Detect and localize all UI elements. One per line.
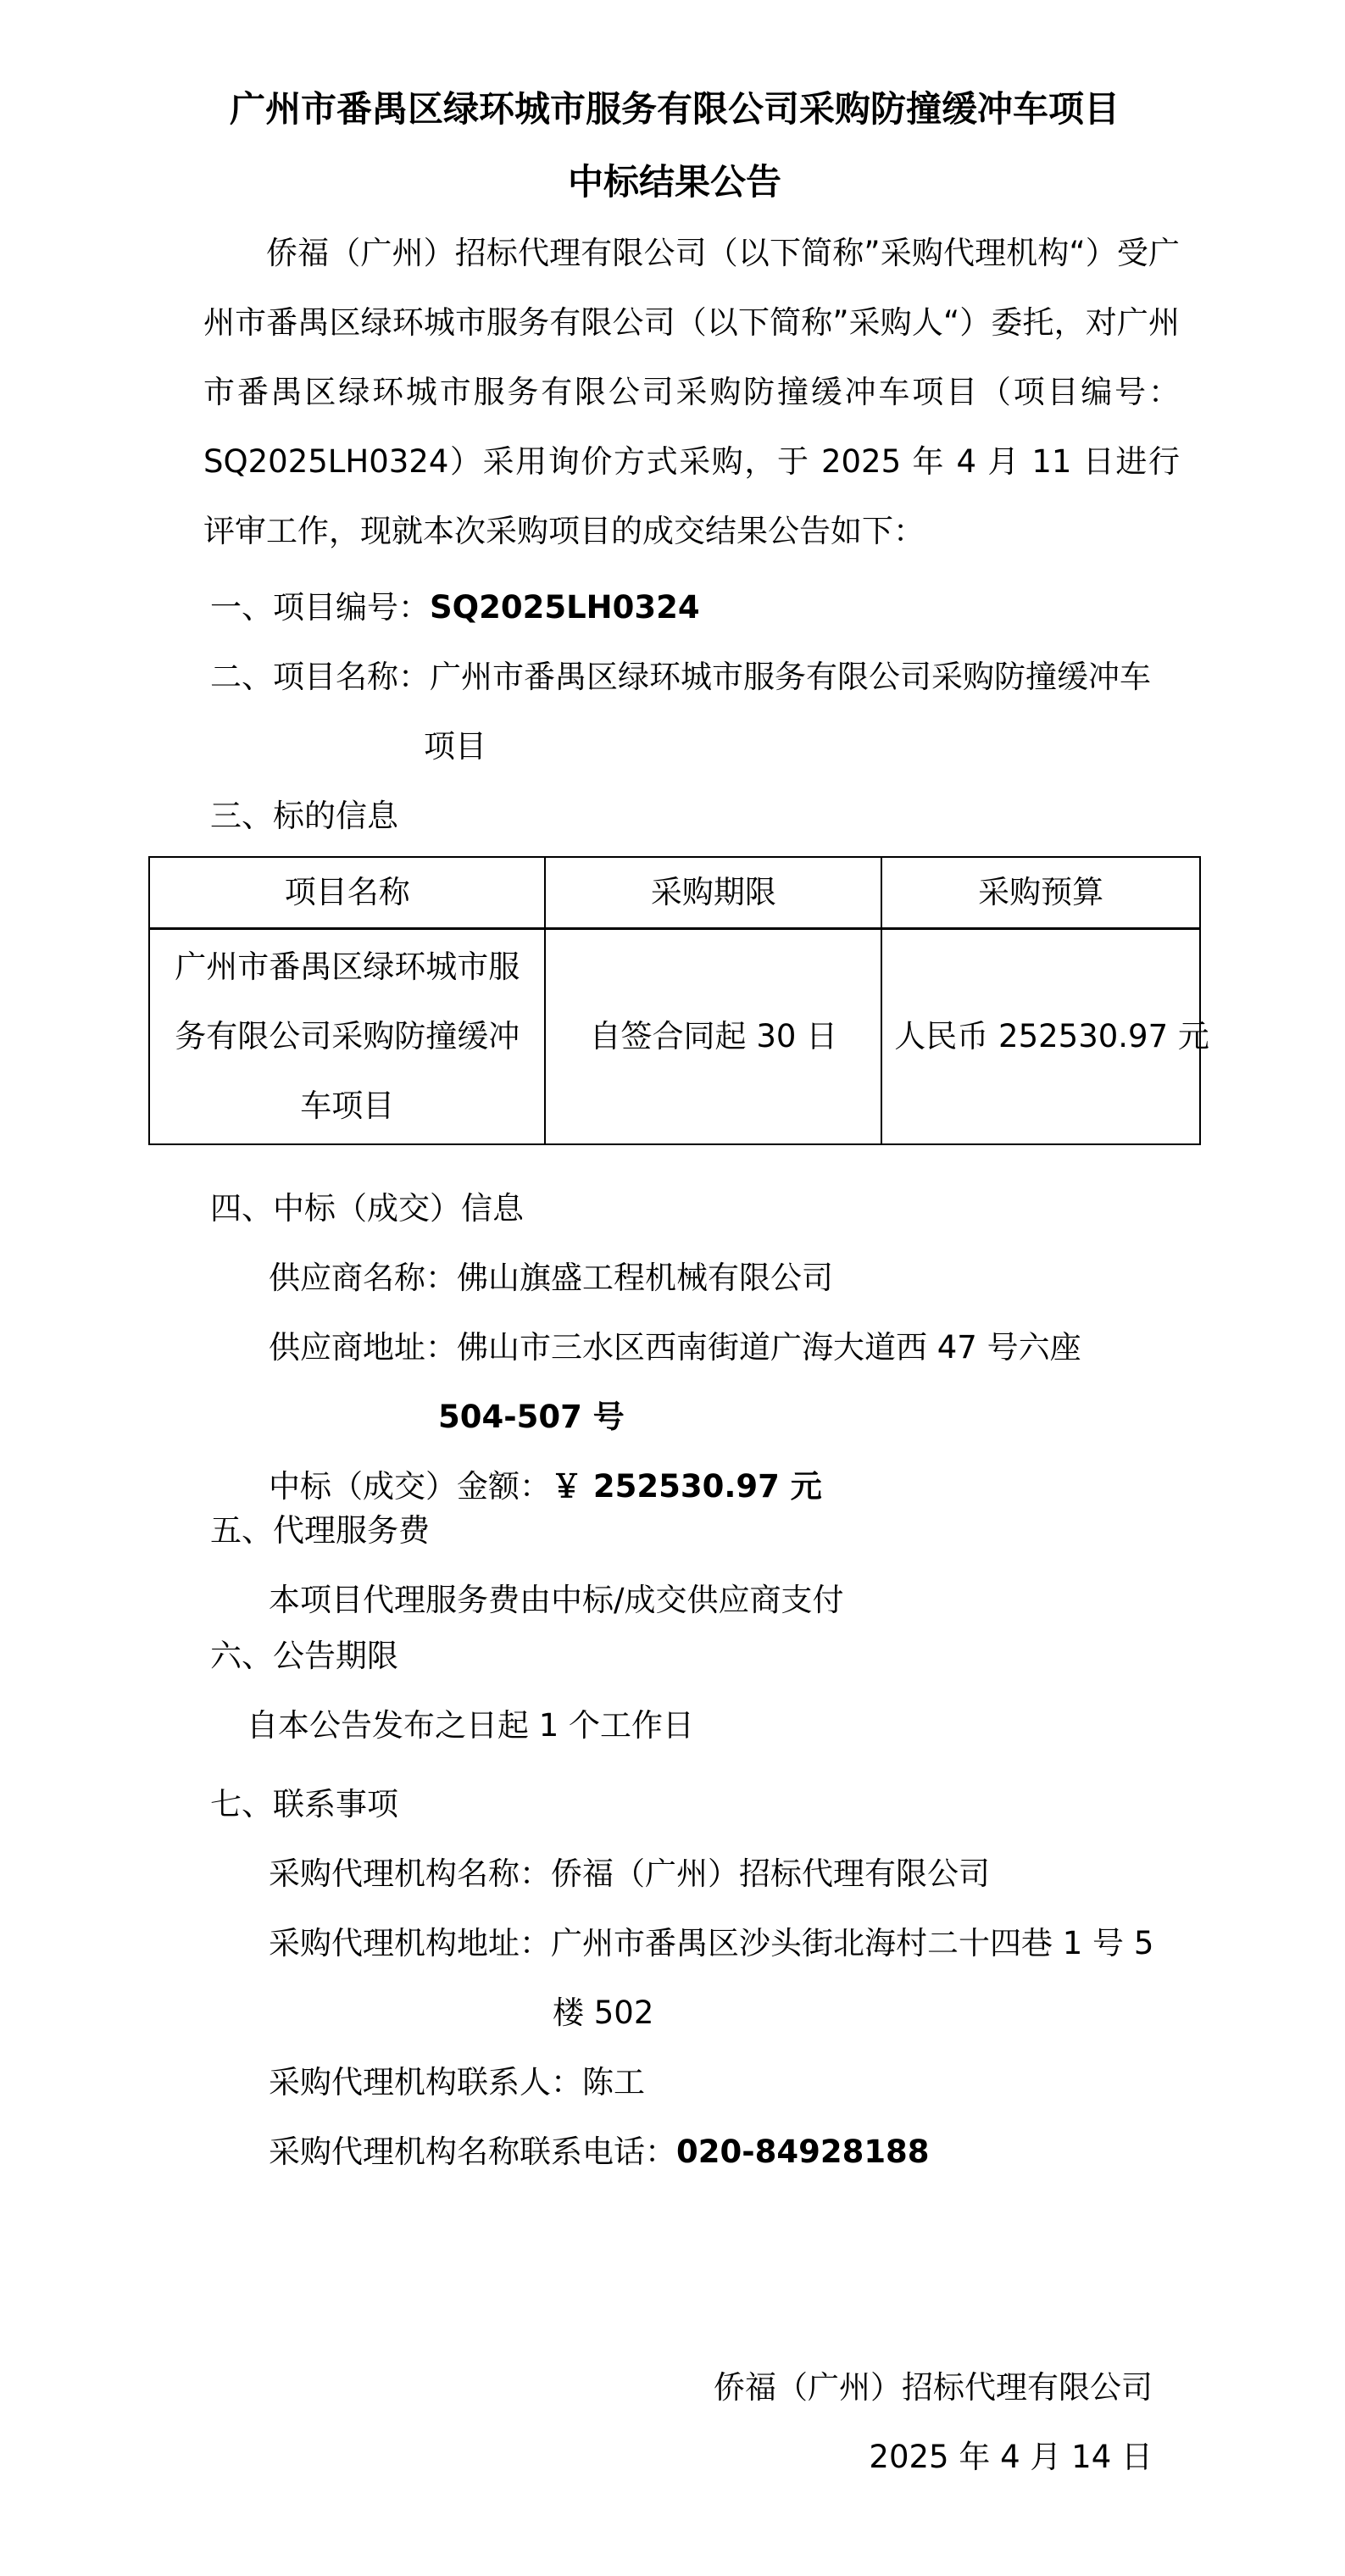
- header-project-name: 项目名称: [149, 857, 545, 929]
- agency-contact-line: 采购代理机构联系人：陈工: [148, 2048, 1201, 2117]
- agency-address-line-1: 采购代理机构地址：广州市番禺区沙头街北海村二十四巷 1 号 5: [148, 1909, 1201, 1978]
- supplier-address-line-2: 504-507 号: [148, 1383, 1201, 1452]
- intro-paragraph: 侨福（广州）招标代理有限公司（以下简称”采购代理机构“）受广州市番禺区绿环城市服…: [203, 219, 1180, 566]
- header-purchase-period: 采购期限: [545, 857, 881, 929]
- project-name-line-2: 项目: [148, 712, 1201, 782]
- agency-address-line-2: 楼 502: [148, 1978, 1201, 2048]
- document-content: 广州市番禺区绿环城市服务有限公司采购防撞缓冲车项目 中标结果公告 侨福（广州）招…: [148, 0, 1201, 2492]
- project-number-line: 一、项目编号：SQ2025LH0324: [148, 573, 1201, 643]
- project-name-line-1: 二、项目名称：广州市番禺区绿环城市服务有限公司采购防撞缓冲车: [148, 643, 1201, 712]
- notice-period-content: 自本公告发布之日起 1 个工作日: [148, 1691, 1201, 1761]
- subject-info-heading: 三、标的信息: [148, 782, 1201, 851]
- subject-table-data-row: 广州市番禺区绿环城市服务有限公司采购防撞缓冲车项目 自签合同起 30 日 人民币…: [149, 929, 1200, 1145]
- project-number-value: SQ2025LH0324: [430, 589, 700, 626]
- signature-company: 侨福（广州）招标代理有限公司: [148, 2353, 1153, 2423]
- agency-contact-label: 采购代理机构联系人：: [269, 2064, 582, 2100]
- agency-name-line: 采购代理机构名称：侨福（广州）招标代理有限公司: [148, 1839, 1201, 1909]
- document-page: 广州市番禺区绿环城市服务有限公司采购防撞缓冲车项目 中标结果公告 侨福（广州）招…: [0, 0, 1345, 2576]
- cell-purchase-period: 自签合同起 30 日: [545, 929, 881, 1145]
- agency-contact-value: 陈工: [582, 2064, 645, 2100]
- supplier-name-line: 供应商名称：佛山旗盛工程机械有限公司: [148, 1243, 1201, 1313]
- agency-name-value: 侨福（广州）招标代理有限公司: [551, 1855, 990, 1892]
- signature-date: 2025 年 4 月 14 日: [148, 2423, 1153, 2492]
- supplier-address-line-1: 供应商地址：佛山市三水区西南街道广海大道西 47 号六座: [148, 1313, 1201, 1383]
- agency-name-label: 采购代理机构名称：: [269, 1855, 551, 1892]
- cell-project-name: 广州市番禺区绿环城市服务有限公司采购防撞缓冲车项目: [149, 929, 545, 1145]
- signature-block: 侨福（广州）招标代理有限公司 2025 年 4 月 14 日: [148, 2353, 1201, 2492]
- subject-table-header-row: 项目名称 采购期限 采购预算: [149, 857, 1200, 929]
- contact-heading: 七、联系事项: [148, 1770, 1201, 1839]
- document-title: 广州市番禺区绿环城市服务有限公司采购防撞缓冲车项目: [148, 73, 1201, 146]
- supplier-name-value: 佛山旗盛工程机械有限公司: [457, 1260, 833, 1296]
- subject-info-table: 项目名称 采购期限 采购预算 广州市番禺区绿环城市服务有限公司采购防撞缓冲车项目…: [148, 856, 1201, 1145]
- supplier-name-label: 供应商名称：: [269, 1260, 457, 1296]
- agency-phone-value: 020-84928188: [676, 2134, 930, 2170]
- document-subtitle: 中标结果公告: [148, 146, 1201, 219]
- project-number-label: 一、项目编号：: [210, 589, 430, 626]
- agency-phone-label: 采购代理机构名称联系电话：: [269, 2134, 676, 2170]
- award-info-heading: 四、中标（成交）信息: [148, 1174, 1201, 1243]
- header-purchase-budget: 采购预算: [881, 857, 1200, 929]
- cell-purchase-budget: 人民币 252530.97 元: [881, 929, 1200, 1145]
- agency-phone-line: 采购代理机构名称联系电话：020-84928188: [148, 2117, 1201, 2187]
- award-amount-value: ￥ 252530.97 元: [551, 1468, 822, 1505]
